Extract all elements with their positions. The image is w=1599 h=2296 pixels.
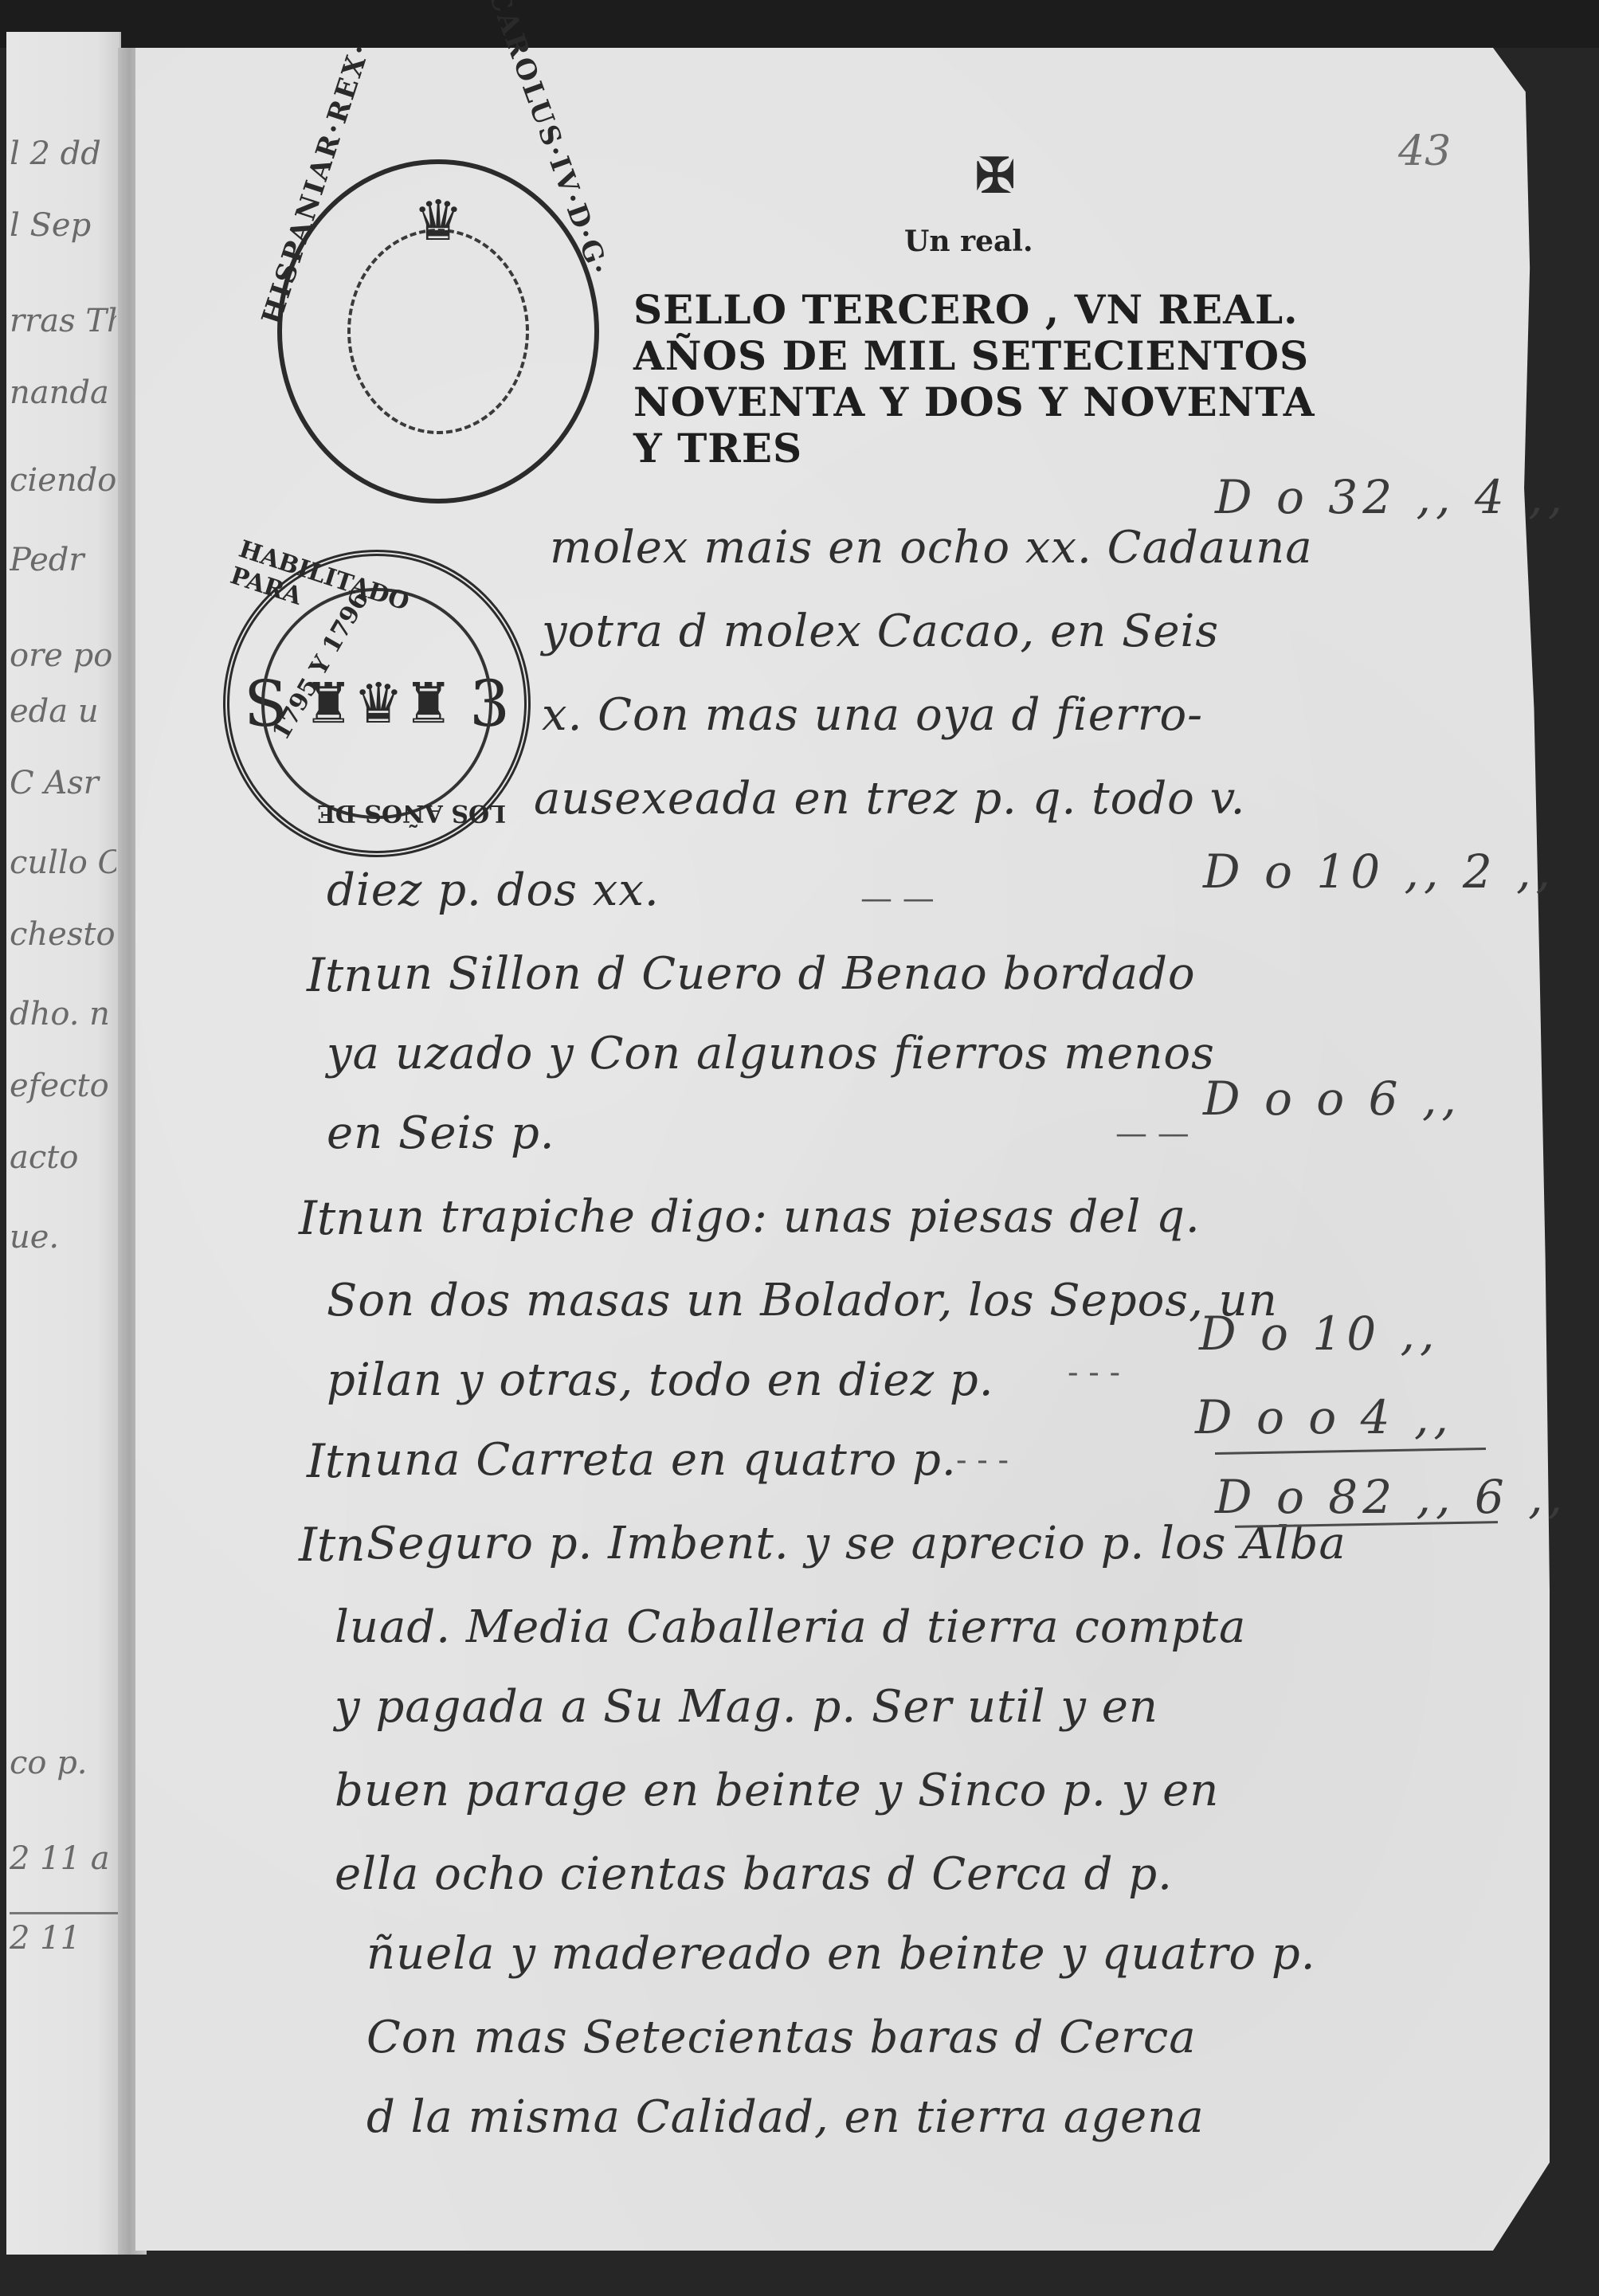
left-fragment-line: l Sep [10,207,116,244]
amount-entry: D o 10 ,, [1199,1307,1439,1361]
body-line: Son dos masas un Bolador, los Sepos, un [327,1275,1278,1326]
stamp-heading: SELLO TERCERO , VN REAL. AÑOS DE MIL SET… [633,287,1398,472]
left-fragment-line: l 2 dd [10,135,116,172]
left-fragment-line: rras Th [10,303,116,339]
left-fragment-line: 2 11 a [10,1840,116,1877]
body-line: y pagada a Su Mag. p. Ser util y en [335,1681,1158,1733]
royal-seal: ♛ CAROLUS·IV·D·G· HISPANIAR·REX· [277,159,599,503]
body-line: molex mais en ocho xx. Cadauna [550,522,1313,574]
amount-entry: D o 32 ,, 4 ,, [1215,470,1567,524]
body-line: diez p. dos xx. [327,864,660,916]
body-line: una Carreta en quatro p. [374,1434,957,1486]
leader-dash: - - - [1068,1354,1120,1391]
leader-dash: - - - [956,1442,1009,1479]
body-line: x. Con mas una oya d fierro- [542,689,1203,741]
left-fragment-line: ore po [10,637,116,674]
body-line: yotra d molex Cacao, en Seis [542,605,1219,657]
left-fragment-line: cullo C [10,844,116,881]
left-fragment-line: ue. [10,1219,116,1256]
stamp-heading-line: NOVENTA Y DOS Y NOVENTA [633,379,1398,425]
left-fragment-line: ciendo l [10,462,116,499]
left-fragment-line: C Asr [10,765,116,801]
body-line: un trapiche digo: unas piesas del q. [366,1191,1201,1243]
folio-number: 43 [1398,127,1451,175]
body-line: ausexeada en trez p. q. todo v. [534,773,1245,825]
body-line: ya uzado y Con algunos fierros menos [327,1028,1215,1079]
item-marker: Itn [307,1434,374,1488]
amount-entry: D o o 4 ,, [1195,1390,1453,1444]
left-fragment-line: nanda [10,374,116,411]
left-fragment-line: acto [10,1139,116,1176]
stamp-heading-line: AÑOS DE MIL SETECIENTOS [633,333,1398,379]
coat-of-arms-icon [347,229,529,434]
leader-dash: — — [860,880,935,917]
body-line: ella ocho cientas baras d Cerca d p. [335,1848,1173,1900]
body-line: ñuela y madereado en beinte y quatro p. [366,1928,1316,1980]
tax-seal: HABILITADO PARA 1795 Y 1796 LOS AÑOS DE … [223,550,531,857]
body-line: un Sillon d Cuero d Benao bordado [374,948,1196,1000]
body-line: Con mas Setecientas baras d Cerca [366,2012,1197,2063]
body-line: en Seis p. [327,1107,555,1159]
item-marker: Itn [299,1191,366,1245]
left-fragment-line: efecto [10,1068,116,1104]
left-fragment-line: dho. n [10,996,116,1032]
left-fragment-line: co p. [10,1745,116,1781]
left-page-fragment: l 2 dd l Sep rras Th nanda ciendo l Pedr… [6,32,121,2255]
body-line: luad. Media Caballeria d tierra compta [335,1601,1246,1653]
body-line: d la misma Calidad, en tierra agena [366,2091,1205,2143]
stamp-heading-line: SELLO TERCERO , VN REAL. [633,287,1398,333]
left-fragment-rule [10,1912,118,1914]
body-line: pilan y otras, todo en diez p. [327,1354,994,1406]
cross-icon: ✠ [975,148,1015,204]
leader-dash: — — [1115,1115,1189,1152]
body-line: Seguro p. Imbent. y se aprecio p. los Al… [366,1518,1346,1569]
left-fragment-line: 2 11 [10,1920,116,1957]
item-marker: Itn [307,948,374,1002]
stamp-heading-line: Y TRES [633,425,1398,472]
left-fragment-line: eda u [10,693,116,730]
stamp-value-label: Un real. [904,225,1033,258]
amount-entry: D o o 6 ,, [1203,1072,1461,1126]
body-line: buen parage en beinte y Sinco p. y en [335,1765,1219,1816]
tax-seal-legend-bottom: LOS AÑOS DE [317,799,506,827]
crown-icon: ♛ [413,188,464,253]
left-fragment-line: Pedr [10,542,116,578]
subtotal-amount: D o 82 ,, 6 ,, [1215,1470,1567,1524]
scan-background-top [0,0,1599,48]
item-marker: Itn [299,1518,366,1572]
amount-entry: D o 10 ,, 2 ,, [1203,844,1555,899]
left-fragment-line: chesto [10,916,116,953]
